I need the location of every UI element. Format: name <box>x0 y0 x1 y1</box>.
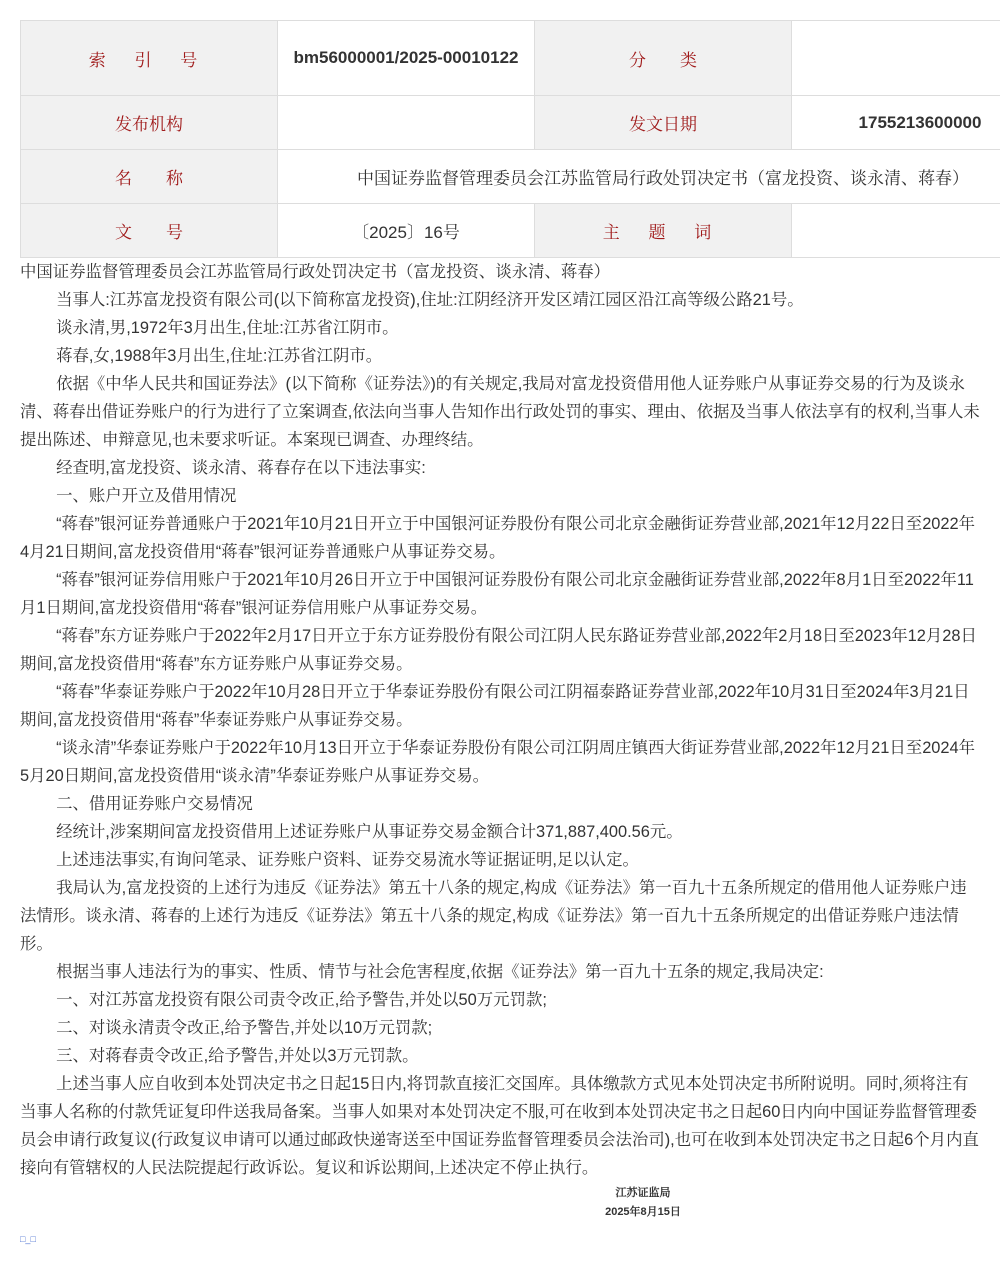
paragraph-party-company: 当事人:江苏富龙投资有限公司(以下简称富龙投资),住址:江阴经济开发区靖江园区沿… <box>20 286 982 314</box>
signature-date: 2025年8月15日 <box>560 1203 726 1219</box>
name-label: 名 称 <box>21 150 278 204</box>
document-number-label: 文 号 <box>21 204 278 258</box>
paragraph-decision-intro: 根据当事人违法行为的事实、性质、情节与社会危害程度,依据《证券法》第一百九十五条… <box>20 958 982 986</box>
index-number-label: 索 引 号 <box>21 21 278 96</box>
paragraph-account-5: “谈永清”华泰证券账户于2022年10月13日开立于华泰证券股份有限公司江阴周庄… <box>20 734 982 790</box>
paragraph-legal-analysis: 我局认为,富龙投资的上述行为违反《证券法》第五十八条的规定,构成《证券法》第一百… <box>20 874 982 958</box>
penalty-item-3: 三、对蒋春责令改正,给予警告,并处以3万元罚款。 <box>20 1042 982 1070</box>
paragraph-account-2: “蒋春”银河证券信用账户于2021年10月26日开立于中国银河证券股份有限公司北… <box>20 566 982 622</box>
section-heading-accounts: 一、账户开立及借用情况 <box>20 482 982 510</box>
section-heading-trading: 二、借用证券账户交易情况 <box>20 790 982 818</box>
paragraph-party-jiang: 蒋春,女,1988年3月出生,住址:江苏省江阴市。 <box>20 342 982 370</box>
issue-date-label: 发文日期 <box>535 96 792 150</box>
document-metadata-table: 索 引 号 bm56000001/2025-00010122 分 类 发布机构 … <box>20 20 1000 258</box>
paragraph-account-3: “蒋春”东方证券账户于2022年2月17日开立于东方证券股份有限公司江阴人民东路… <box>20 622 982 678</box>
category-value <box>792 21 1000 96</box>
paragraph-basis: 依据《中华人民共和国证券法》(以下简称《证券法》)的有关规定,我局对富龙投资借用… <box>20 370 982 454</box>
keywords-label: 主 题 词 <box>535 204 792 258</box>
document-body: 中国证券监督管理委员会江苏监管局行政处罚决定书（富龙投资、谈永清、蒋春） 当事人… <box>20 258 982 1182</box>
penalty-item-2: 二、对谈永清责令改正,给予警告,并处以10万元罚款; <box>20 1014 982 1042</box>
paragraph-trading-amount: 经统计,涉案期间富龙投资借用上述证券账户从事证券交易金额合计371,887,40… <box>20 818 982 846</box>
paragraph-account-1: “蒋春”银河证券普通账户于2021年10月21日开立于中国银河证券股份有限公司北… <box>20 510 982 566</box>
placeholder-glyph-icon: □_□ <box>20 1234 36 1244</box>
name-value: 中国证券监督管理委员会江苏监管局行政处罚决定书（富龙投资、谈永清、蒋春） <box>278 150 1000 204</box>
signature-organization: 江苏证监局 <box>560 1184 726 1200</box>
paragraph-payment-appeal: 上述当事人应自收到本处罚决定书之日起15日内,将罚款直接汇交国库。具体缴款方式见… <box>20 1070 982 1182</box>
document-number-value: 〔2025〕16号 <box>278 204 535 258</box>
keywords-value <box>792 204 1000 258</box>
issue-date-value: 1755213600000 <box>792 96 1000 150</box>
issuer-value <box>278 96 535 150</box>
paragraph-account-4: “蒋春”华泰证券账户于2022年10月28日开立于华泰证券股份有限公司江阴福泰路… <box>20 678 982 734</box>
document-title: 中国证券监督管理委员会江苏监管局行政处罚决定书（富龙投资、谈永清、蒋春） <box>20 258 982 286</box>
index-number-value: bm56000001/2025-00010122 <box>278 21 535 96</box>
paragraph-evidence: 上述违法事实,有询问笔录、证券账户资料、证券交易流水等证据证明,足以认定。 <box>20 846 982 874</box>
penalty-item-1: 一、对江苏富龙投资有限公司责令改正,给予警告,并处以50万元罚款; <box>20 986 982 1014</box>
paragraph-party-tan: 谈永清,男,1972年3月出生,住址:江苏省江阴市。 <box>20 314 982 342</box>
paragraph-findings-intro: 经查明,富龙投资、谈永清、蒋春存在以下违法事实: <box>20 454 982 482</box>
issuer-label: 发布机构 <box>21 96 278 150</box>
category-label: 分 类 <box>535 21 792 96</box>
